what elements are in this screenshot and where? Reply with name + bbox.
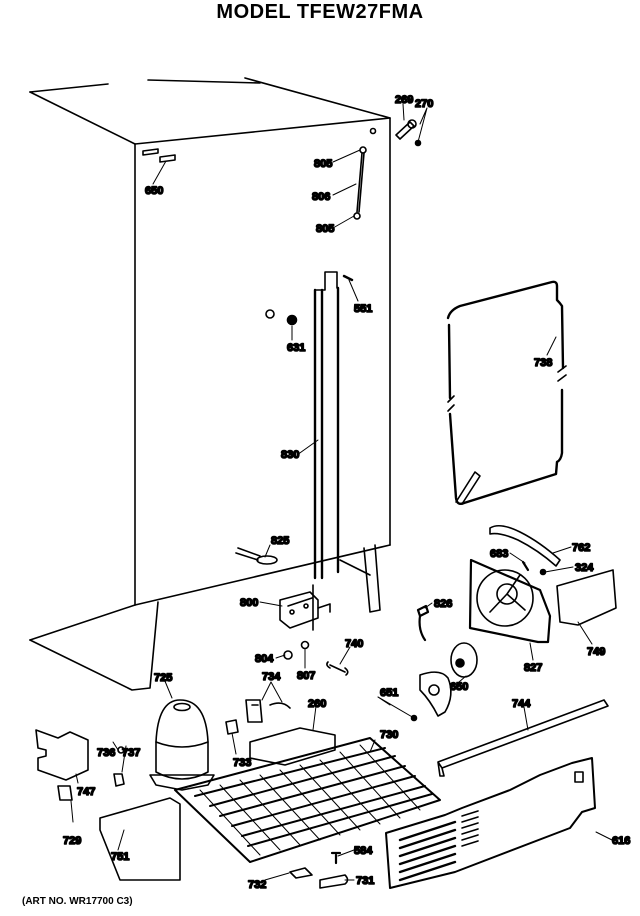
label-804: 804 [255,653,274,665]
label-584: 584 [354,845,373,857]
label-825: 825 [271,535,289,547]
label-733: 733 [233,757,251,769]
capacitor-733 [226,720,238,734]
label-737: 737 [122,747,140,759]
wire-harness-825 [236,548,277,564]
connector-block-729 [58,786,72,800]
label-749: 749 [587,646,605,658]
hole [266,310,274,318]
label-551: 551 [354,303,372,315]
exploded-parts-diagram: 269 270 650 805 806 805 551 631 738 830 … [0,0,640,916]
screw-551 [344,276,352,280]
label-826: 826 [434,598,452,610]
label-806: 806 [312,191,330,203]
label-269: 269 [395,94,413,106]
part-labels: 269 270 650 805 806 805 551 631 738 830 … [63,94,630,891]
label-729: 729 [63,835,81,847]
label-731: 731 [356,875,374,887]
rear-grille-616 [386,758,595,888]
label-651: 651 [380,687,398,699]
mullion-strip [315,272,338,578]
label-616: 616 [612,835,630,847]
pad-732 [290,868,312,878]
condenser-730 [175,738,440,862]
compressor-725 [150,700,214,790]
label-650-top: 650 [145,185,163,197]
label-734: 734 [262,671,281,683]
base-plate-751 [100,798,180,880]
bracket-cover-747 [36,730,88,780]
label-827: 827 [524,662,542,674]
screw-807 [302,642,309,649]
screw-683 [523,562,528,570]
overload-734 [270,703,290,708]
rail-744 [438,700,608,776]
label-747: 747 [77,786,95,798]
cabinet [30,78,390,690]
label-805-upper: 805 [314,158,332,170]
label-631: 631 [287,342,305,354]
label-800: 800 [240,597,258,609]
art-number: (ART NO. WR17700 C3) [22,896,133,907]
label-807: 807 [297,670,315,682]
hinge-parts [396,120,421,146]
label-260: 260 [308,698,326,710]
clip-731 [320,875,348,888]
label-732: 732 [248,879,266,891]
fan-shroud-827 [470,560,550,642]
label-738: 738 [534,357,552,369]
nut-737 [114,774,124,786]
label-736: 736 [97,747,115,759]
label-650-motor: 650 [450,681,468,693]
relay-734 [246,700,262,722]
label-270: 270 [415,98,433,110]
leader-lines [71,104,612,880]
fan-blade-651 [412,672,451,720]
label-683: 683 [490,548,508,560]
label-762: 762 [572,542,590,554]
label-751: 751 [111,851,129,863]
water-valve-800 [280,585,330,630]
plug-631 [288,316,297,325]
cover-plate-749 [557,570,616,625]
label-830: 830 [281,449,299,461]
label-730: 730 [380,729,398,741]
label-740: 740 [345,638,363,650]
label-725: 725 [154,672,172,684]
connector-826 [418,606,428,640]
label-744: 744 [512,698,531,710]
clip-740 [327,662,348,675]
fan-motor-650 [451,643,477,677]
label-324: 324 [575,562,594,574]
label-805-lower: 805 [316,223,334,235]
screw-584 [332,853,340,863]
heater-loop-738 [448,282,566,504]
tube-assembly [354,147,366,219]
